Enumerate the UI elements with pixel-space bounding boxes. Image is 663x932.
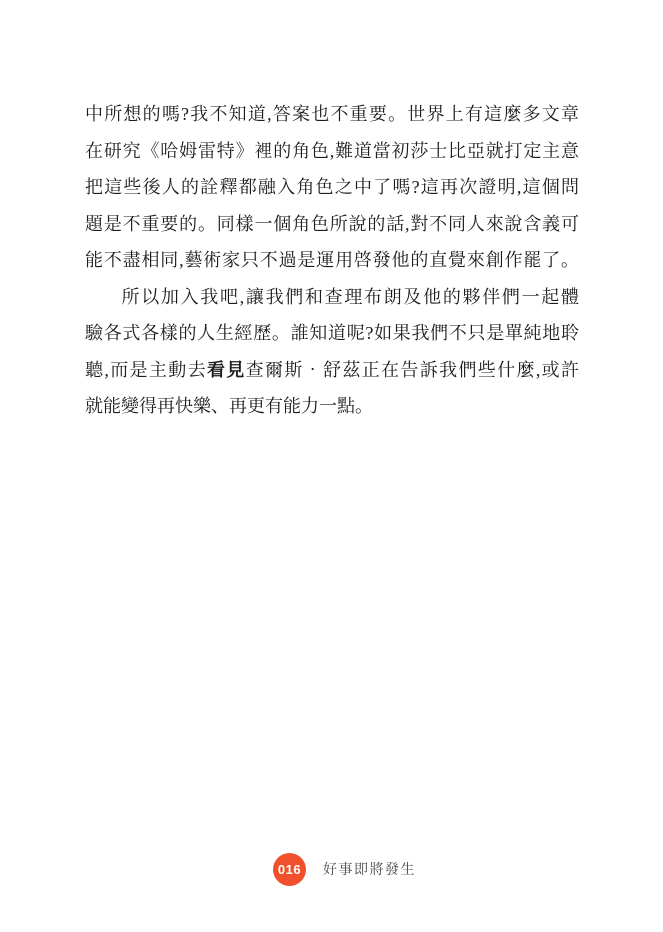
paragraph-line: 聽,而是主動去看見查爾斯‧舒茲正在告訴我們些什麼,或許 <box>85 352 579 389</box>
paragraph-line: 驗各式各樣的人生經歷。誰知道呢?如果我們不只是單純地聆 <box>85 315 579 352</box>
paragraph-line: 在研究《哈姆雷特》裡的角色,難道當初莎士比亞就打定主意 <box>85 133 579 170</box>
body-text: 中所想的嗎?我不知道,答案也不重要。世界上有這麼多文章 在研究《哈姆雷特》裡的角… <box>85 96 579 425</box>
paragraph-line: 所以加入我吧,讓我們和查理布朗及他的夥伴們一起體 <box>85 279 579 316</box>
page-number: 016 <box>278 862 301 877</box>
text-segment: 查爾斯‧舒茲正在告訴我們些什麼,或許 <box>246 360 579 380</box>
text-segment: 聽,而是主動去 <box>85 360 207 380</box>
paragraph-line: 把這些後人的詮釋都融入角色之中了嗎?這再次證明,這個問 <box>85 169 579 206</box>
book-title: 好事即將發生 <box>323 859 416 879</box>
page-footer: 016 好事即將發生 <box>273 852 416 886</box>
paragraph-line: 題是不重要的。同樣一個角色所說的話,對不同人來說含義可 <box>85 206 579 243</box>
paragraph-line: 中所想的嗎?我不知道,答案也不重要。世界上有這麼多文章 <box>85 96 579 133</box>
book-page: 中所想的嗎?我不知道,答案也不重要。世界上有這麼多文章 在研究《哈姆雷特》裡的角… <box>0 0 663 932</box>
emphasized-text: 看見 <box>207 360 246 380</box>
paragraph-line: 就能變得再快樂、再更有能力一點。 <box>85 388 579 425</box>
page-number-badge: 016 <box>273 853 306 886</box>
paragraph-line: 能不盡相同,藝術家只不過是運用啓發他的直覺來創作罷了。 <box>85 242 579 279</box>
